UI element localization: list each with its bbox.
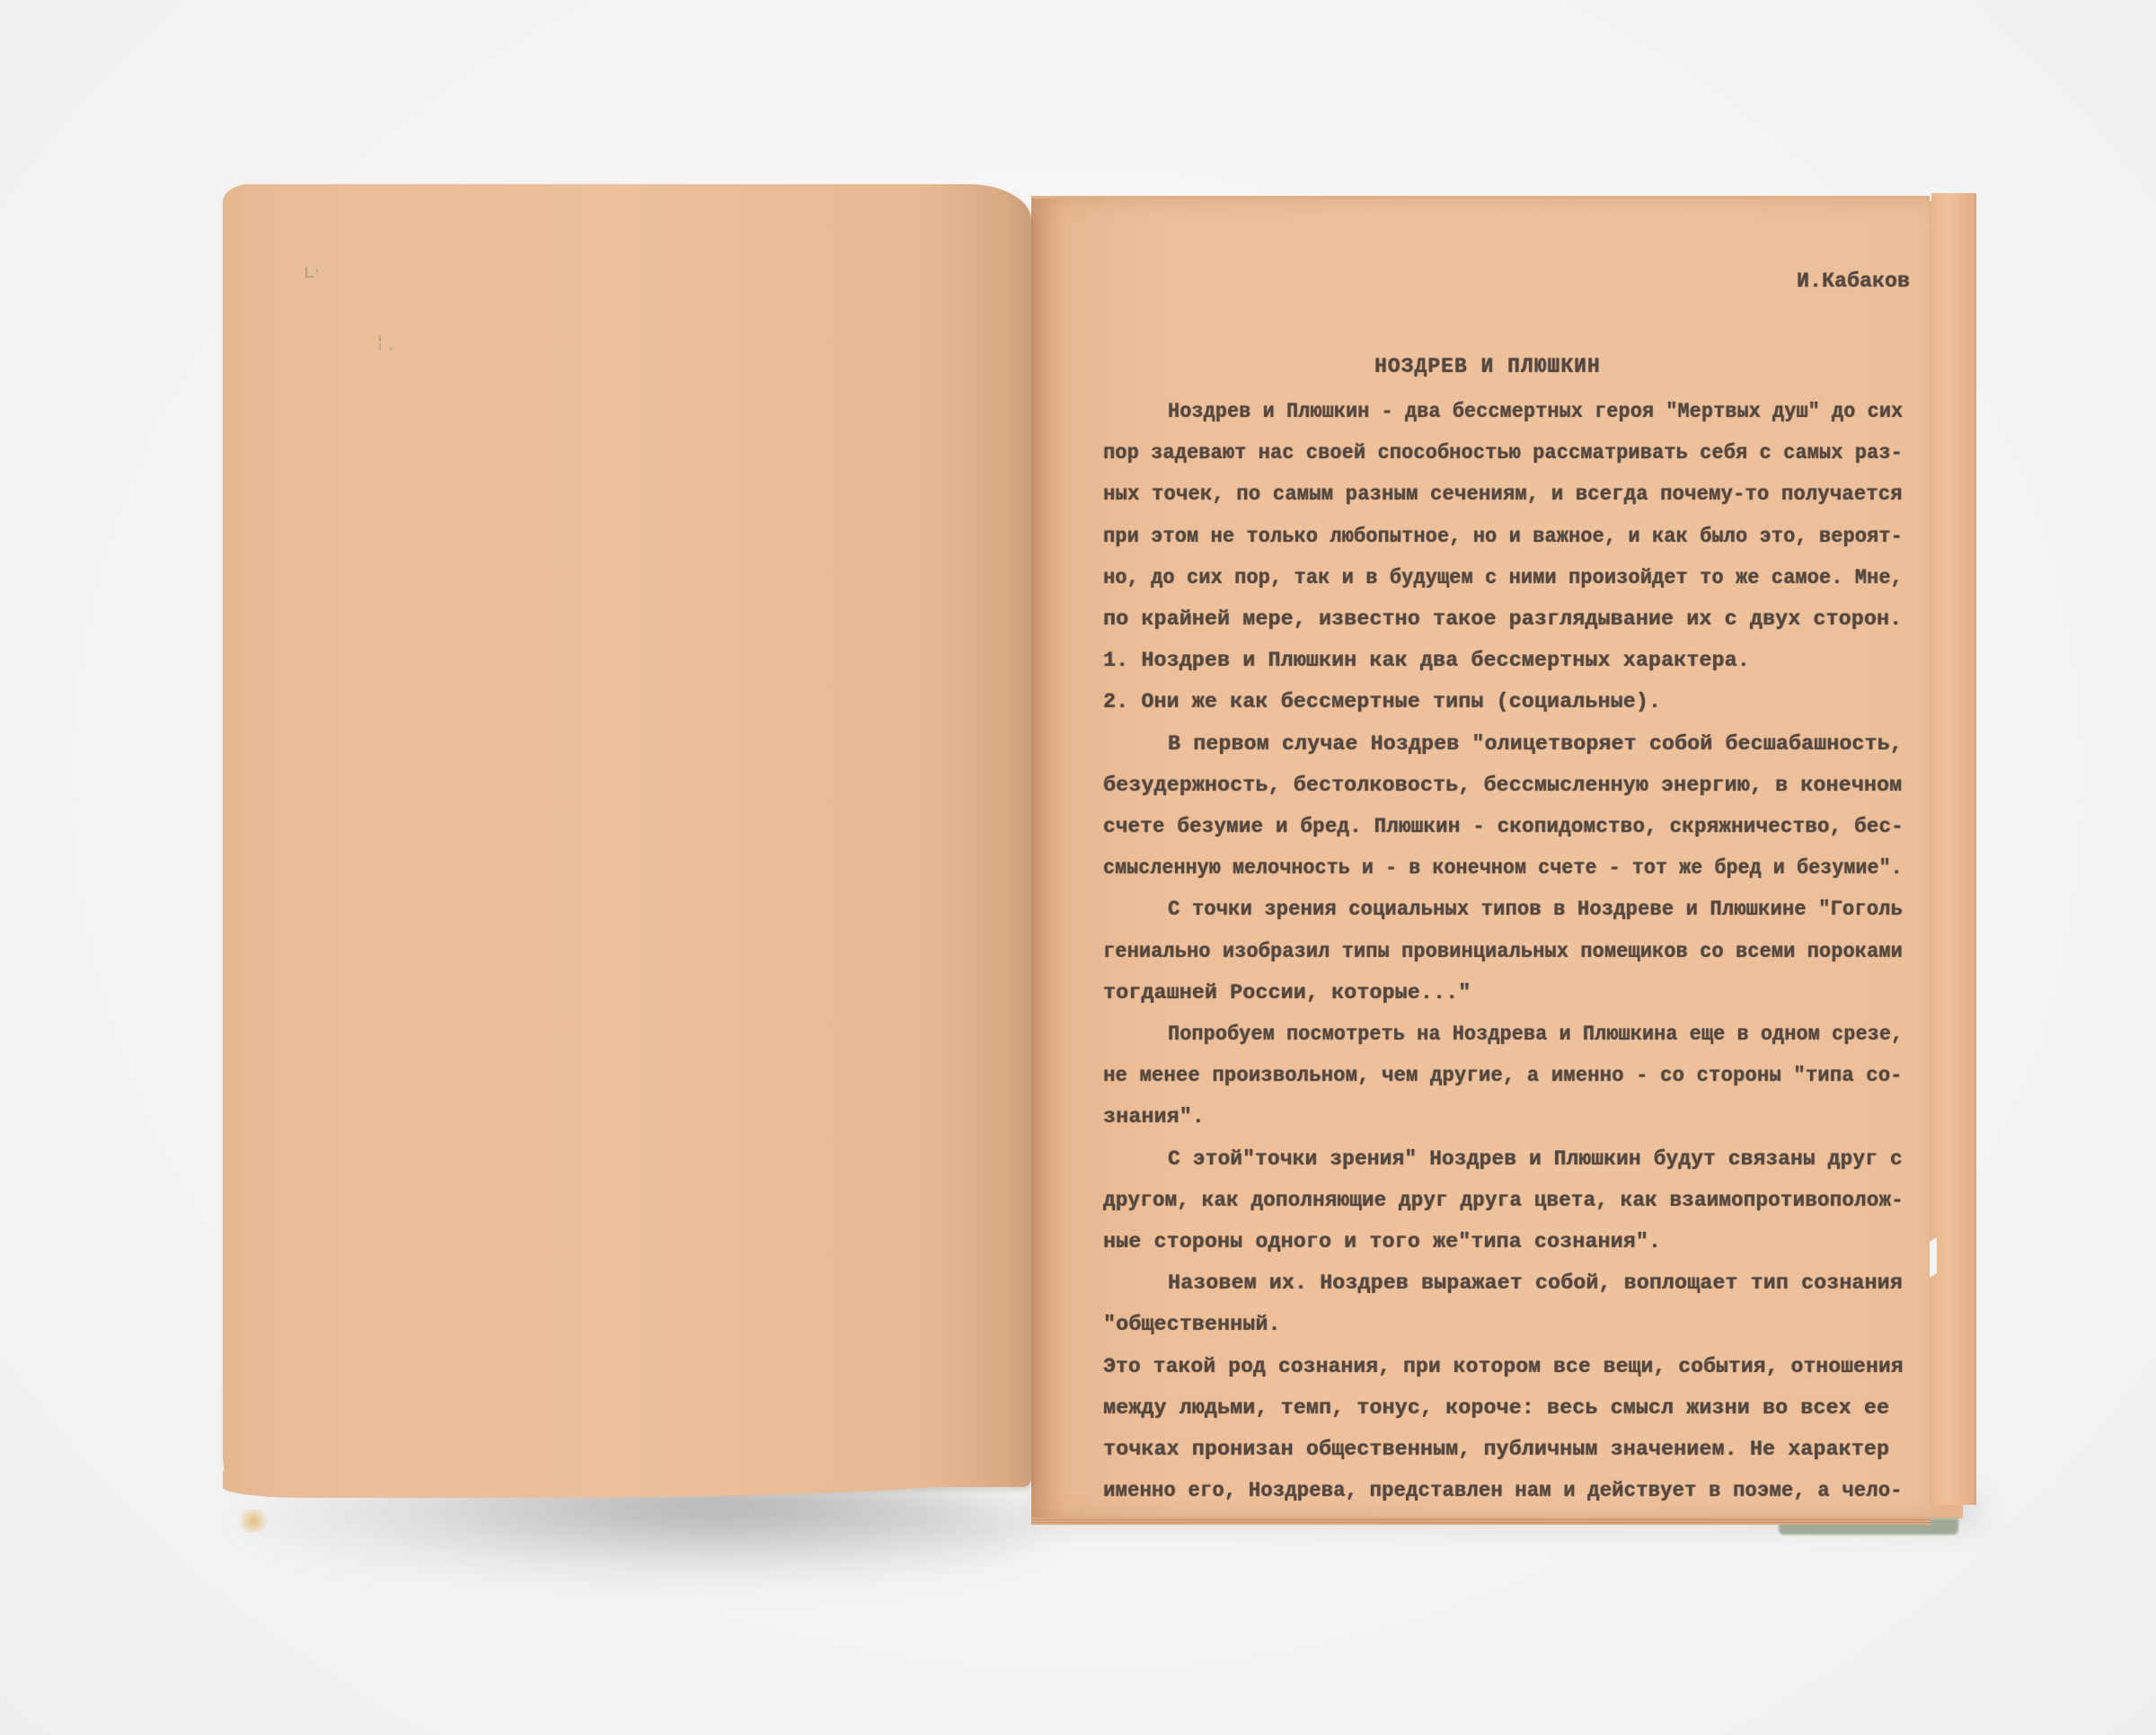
text-line: смысленную мелочность и - в конечном сче…: [1103, 856, 1903, 880]
text-line: счете безумие и бред. Плюшкин - скопидом…: [1103, 815, 1904, 838]
text-line: Ноздрев и Плюшкин - два бессмертных геро…: [1168, 400, 1903, 423]
text-line: точках пронизан общественным, публичным …: [1103, 1438, 1889, 1461]
text-line: В первом случае Ноздрев "олицетворяет со…: [1168, 732, 1903, 756]
text-line: Попробуем посмотреть на Ноздрева и Плюшк…: [1168, 1022, 1903, 1046]
text-line: знания".: [1103, 1105, 1205, 1129]
text-line: "общественный.: [1103, 1313, 1281, 1336]
page-stack-edge: [1931, 193, 1976, 1505]
page-edges: [1031, 1518, 1930, 1525]
text-line: ных точек, по самым разным сечениям, и в…: [1103, 482, 1903, 506]
author-name: И.Кабаков: [1797, 270, 1931, 293]
pencil-mark: ʟ·: [304, 261, 320, 283]
text-line: ные стороны одного и того же"типа сознан…: [1103, 1230, 1661, 1253]
text-line: пор задевают нас своей способностью расс…: [1103, 441, 1903, 465]
left-page-blank: [223, 184, 1031, 1487]
text-line: Это такой род сознания, при котором все …: [1103, 1355, 1904, 1378]
text-line: 1. Ноздрев и Плюшкин как два бессмертных…: [1103, 649, 1750, 672]
text-line: безудержность, бестолковость, бессмыслен…: [1103, 774, 1902, 797]
text-line: между людьми, темп, тонус, короче: весь …: [1103, 1396, 1889, 1420]
text-line: гениально изобразил типы провинциальных …: [1103, 940, 1903, 963]
text-line: не менее произвольном, чем другие, а име…: [1103, 1064, 1903, 1087]
text-line: С этой"точки зрения" Ноздрев и Плюшкин б…: [1168, 1147, 1903, 1171]
text-line: при этом не только любопытное, но и важн…: [1103, 525, 1903, 548]
text-line: С точки зрения социальных типов в Ноздре…: [1168, 898, 1903, 921]
pencil-mark: ¦ ˎ: [377, 332, 396, 351]
text-line: Назовем их. Ноздрев выражает собой, вопл…: [1168, 1271, 1903, 1295]
text-line: но, до сих пор, так и в будущем с ними п…: [1103, 566, 1903, 589]
text-line: тогдашней России, которые...": [1103, 981, 1471, 1005]
photo-background: ʟ· ¦ ˎ И.Кабаков НОЗДРЕВ И ПЛЮШКИН Ноздр…: [0, 0, 2156, 1735]
text-line: 2. Они же как бессмертные типы (социальн…: [1103, 690, 1661, 713]
text-line: по крайней мере, известно такое разгляды…: [1103, 607, 1902, 631]
document-title: НОЗДРЕВ И ПЛЮШКИН: [1374, 355, 2156, 378]
text-line: именно его, Ноздрева, представлен нам и …: [1103, 1479, 1903, 1502]
text-line: другом, как дополняющие друг друга цвета…: [1103, 1189, 1904, 1212]
paper-stain: [235, 1509, 271, 1533]
